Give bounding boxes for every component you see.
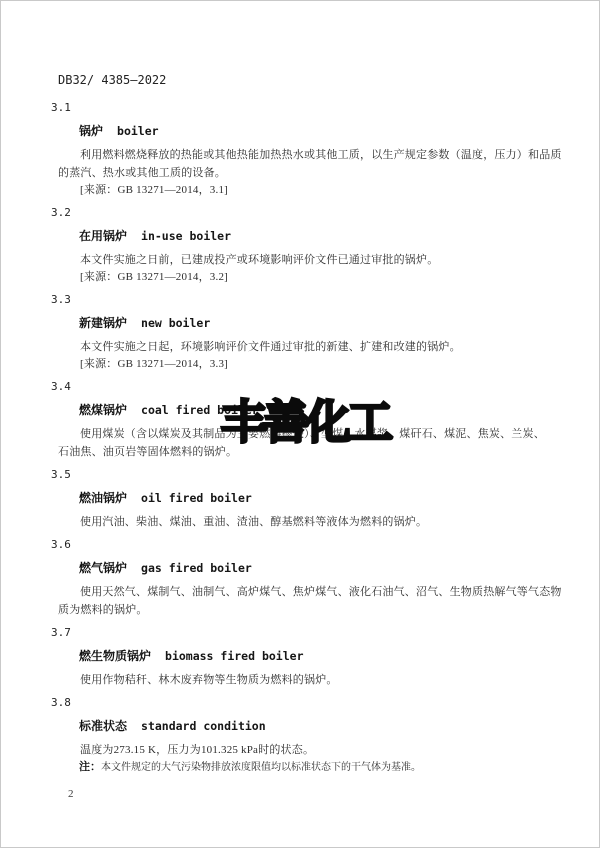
term-english: in-use boiler bbox=[141, 229, 231, 243]
term-heading-3-5: 燃油锅炉oil fired boiler bbox=[79, 489, 599, 507]
term-heading-3-3: 新建锅炉new boiler bbox=[79, 314, 599, 332]
document-page: DB32/ 4385—2022 3.1 锅炉boiler 利用燃料燃烧释放的热能… bbox=[0, 0, 600, 848]
term-heading-3-7: 燃生物质锅炉biomass fired boiler bbox=[79, 647, 599, 665]
definition-text: 本文件实施之日前，已建成投产或环境影响评价文件已通过审批的锅炉。 bbox=[58, 251, 600, 269]
section-number-3-6: 3.6 bbox=[51, 536, 599, 554]
section-number-3-3: 3.3 bbox=[51, 291, 599, 309]
section-number-3-4: 3.4 bbox=[51, 378, 599, 396]
term-chinese: 锅炉 bbox=[79, 124, 103, 138]
term-english: oil fired boiler bbox=[141, 491, 252, 505]
definition-text: 使用汽油、柴油、煤油、重油、渣油、醇基燃料等液体为燃料的锅炉。 bbox=[58, 513, 600, 531]
term-english: standard condition bbox=[141, 719, 266, 733]
note-line: 注：本文件规定的大气污染物排放浓度限值均以标准状态下的干气体为基准。 bbox=[79, 758, 599, 777]
term-heading-3-1: 锅炉boiler bbox=[79, 122, 599, 140]
term-heading-3-4: 燃煤锅炉coal fired boiler bbox=[79, 401, 599, 419]
definition-text: 本文件实施之日起，环境影响评价文件通过审批的新建、扩建和改建的锅炉。 bbox=[58, 338, 600, 356]
note-text: 本文件规定的大气污染物排放浓度限值均以标准状态下的干气体为基准。 bbox=[101, 762, 421, 773]
source-reference: [来源：GB 13271—2014，3.2] bbox=[80, 268, 599, 286]
definition-text: 利用燃料燃烧释放的热能或其他热能加热热水或其他工质，以生产规定参数（温度，压力）… bbox=[58, 146, 600, 182]
definition-text: 使用作物秸秆、林木废弃物等生物质为燃料的锅炉。 bbox=[58, 671, 600, 689]
term-heading-3-2: 在用锅炉in-use boiler bbox=[79, 227, 599, 245]
section-number-3-2: 3.2 bbox=[51, 204, 599, 222]
term-heading-3-6: 燃气锅炉gas fired boiler bbox=[79, 559, 599, 577]
term-english: coal fired boiler bbox=[141, 403, 259, 417]
section-number-3-8: 3.8 bbox=[51, 694, 599, 712]
section-number-3-7: 3.7 bbox=[51, 624, 599, 642]
term-chinese: 燃气锅炉 bbox=[79, 561, 127, 575]
term-heading-3-8: 标准状态standard condition bbox=[79, 717, 599, 735]
term-english: biomass fired boiler bbox=[165, 649, 303, 663]
term-chinese: 在用锅炉 bbox=[79, 229, 127, 243]
term-chinese: 标准状态 bbox=[79, 719, 127, 733]
source-reference: [来源：GB 13271—2014，3.3] bbox=[80, 355, 599, 373]
term-english: new boiler bbox=[141, 316, 210, 330]
note-label: 注： bbox=[79, 761, 101, 773]
page-number: 2 bbox=[68, 785, 599, 803]
term-chinese: 燃油锅炉 bbox=[79, 491, 127, 505]
term-chinese: 燃煤锅炉 bbox=[79, 403, 127, 417]
term-chinese: 新建锅炉 bbox=[79, 316, 127, 330]
term-chinese: 燃生物质锅炉 bbox=[79, 649, 151, 663]
term-english: boiler bbox=[117, 124, 159, 138]
definition-text: 使用天然气、煤制气、油制气、高炉煤气、焦炉煤气、液化石油气、沼气、生物质热解气等… bbox=[58, 583, 600, 619]
section-number-3-1: 3.1 bbox=[51, 99, 599, 117]
source-reference: [来源：GB 13271—2014，3.1] bbox=[80, 181, 599, 199]
section-number-3-5: 3.5 bbox=[51, 466, 599, 484]
definition-text: 使用煤炭（含以煤炭及其制品为主要燃料掺烧）、型煤、水煤浆、煤矸石、煤泥、焦炭、兰… bbox=[58, 425, 600, 461]
definition-text: 温度为273.15 K，压力为101.325 kPa时的状态。 bbox=[58, 741, 600, 759]
doc-code: DB32/ 4385—2022 bbox=[58, 71, 599, 89]
term-english: gas fired boiler bbox=[141, 561, 252, 575]
